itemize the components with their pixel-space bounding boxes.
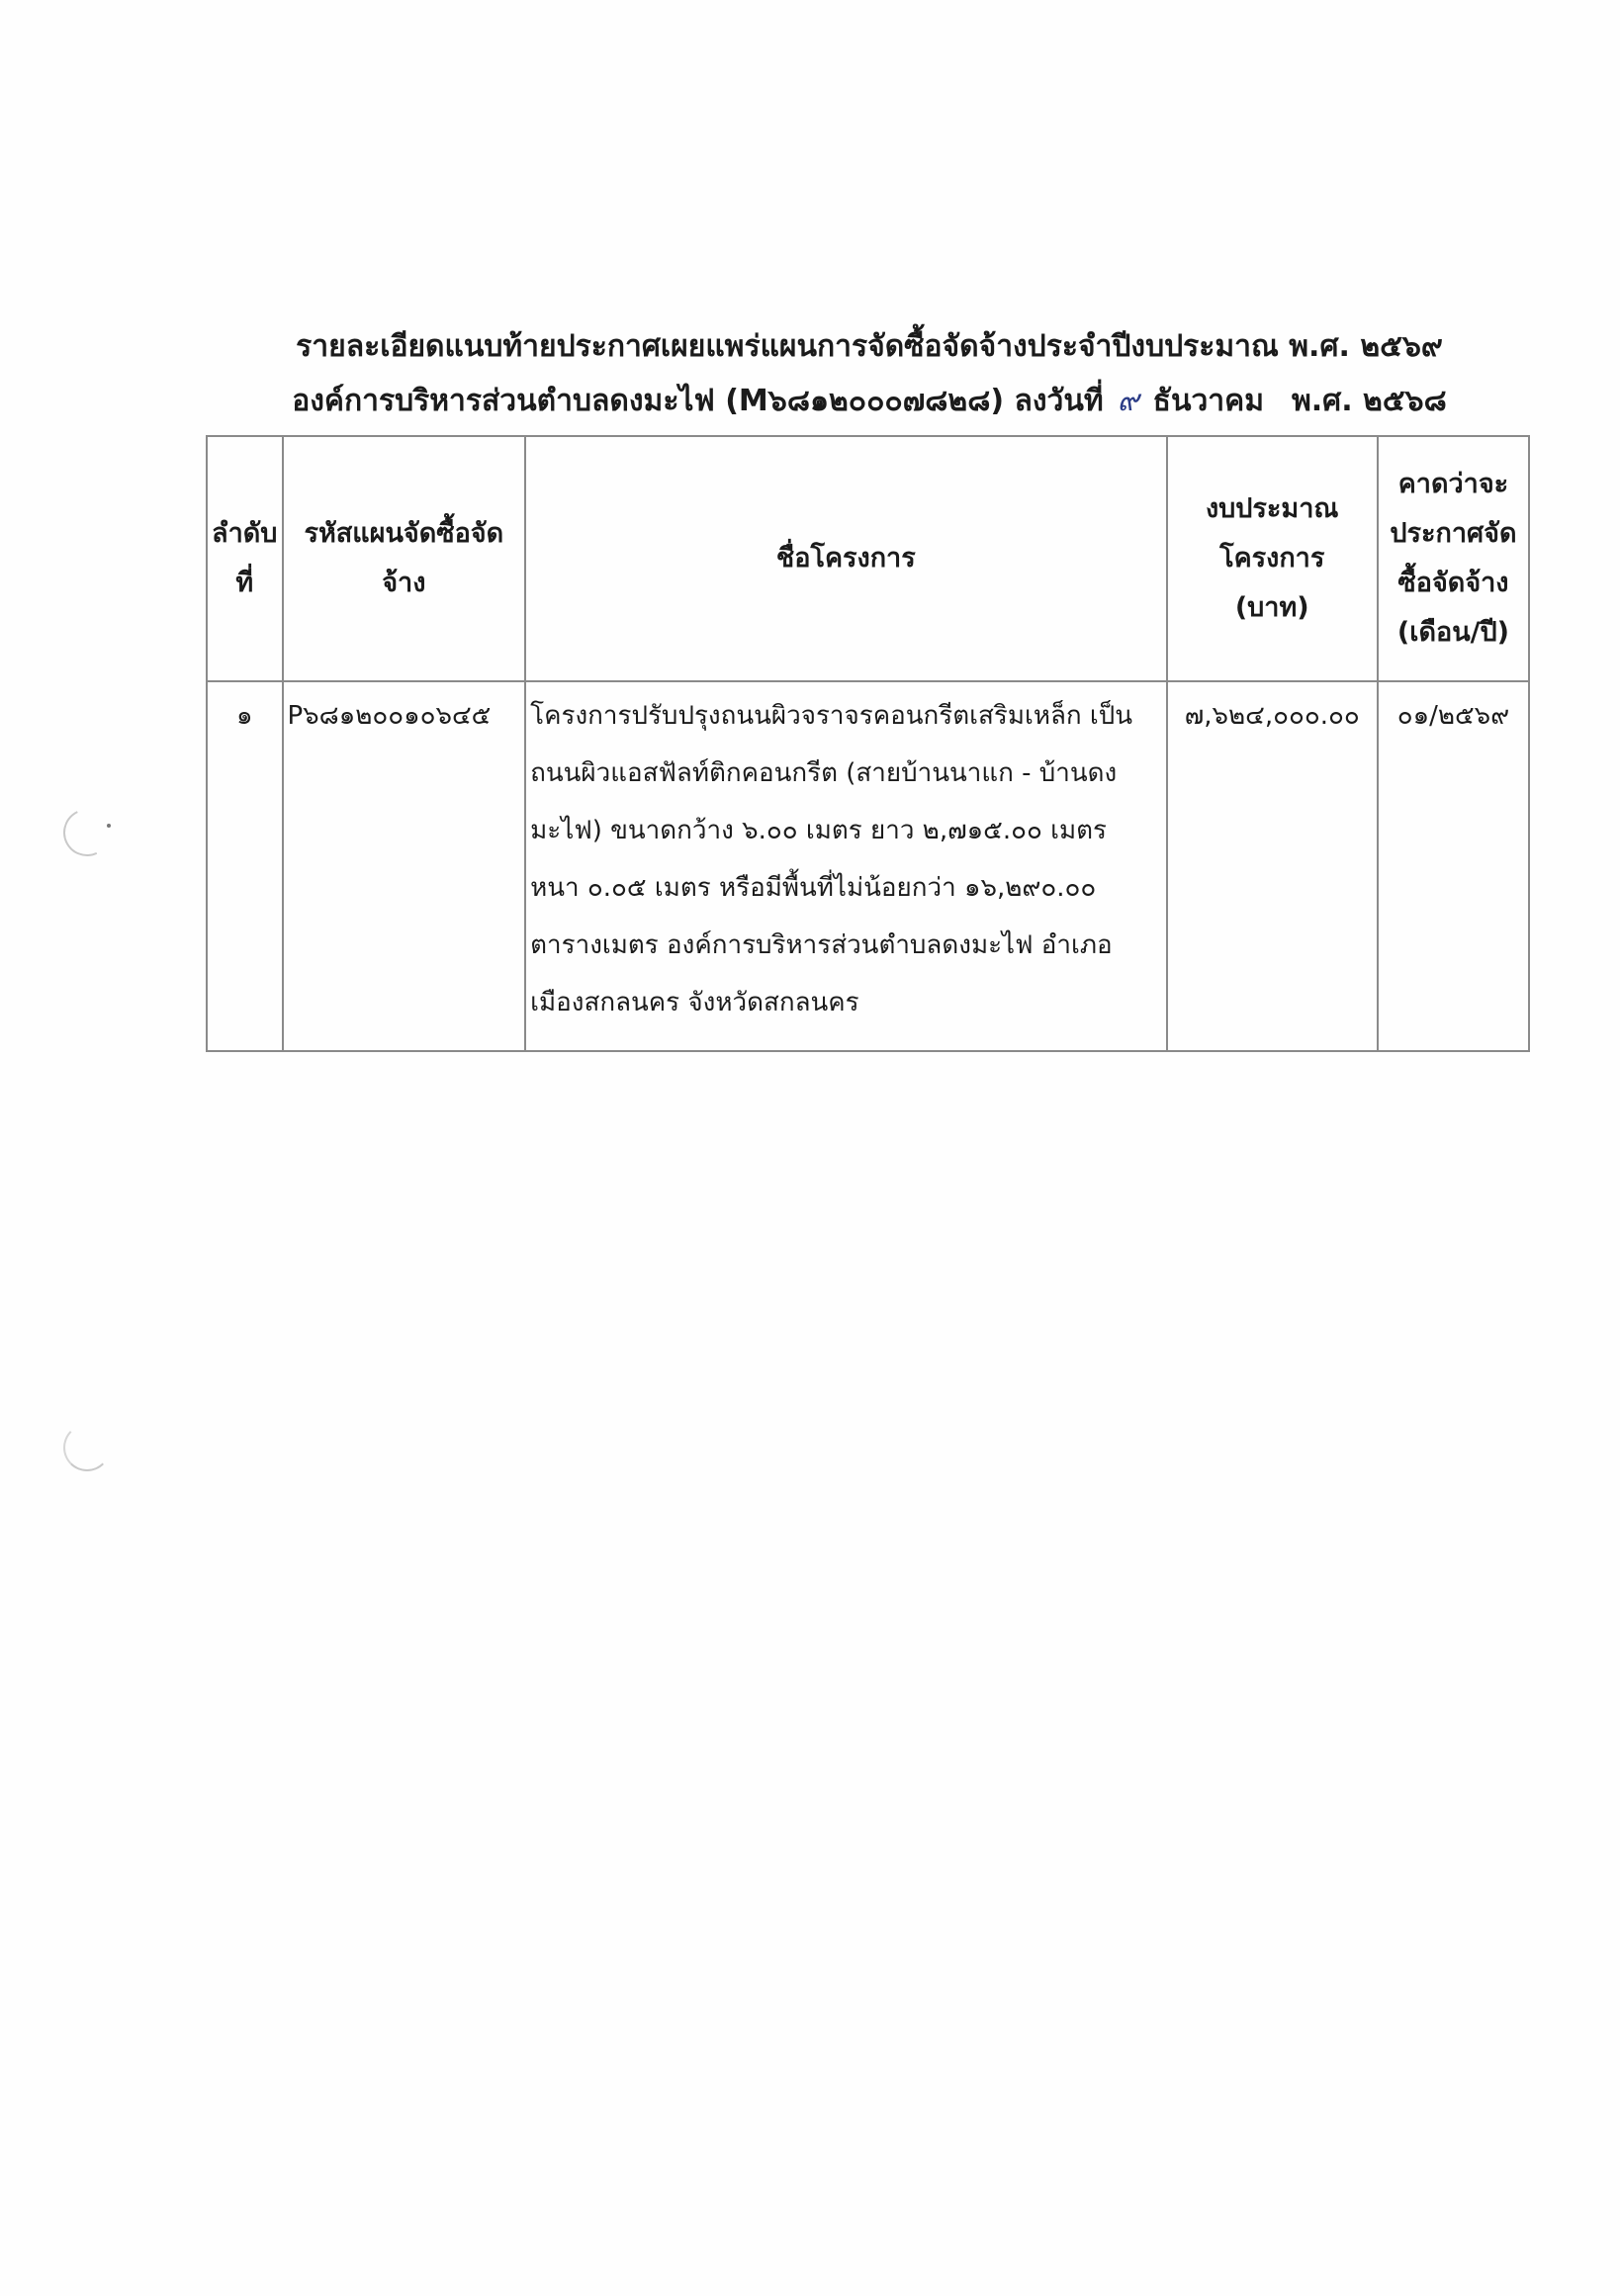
project-name-line: มะไฟ) ขนาดกว้าง ๖.๐๐ เมตร ยาว ๒,๗๑๕.๐๐ เ… (530, 802, 1163, 859)
header-line: ประกาศจัด (1379, 509, 1528, 559)
project-name-line: โครงการปรับปรุงถนนผิวจราจรคอนกรีตเสริมเห… (530, 687, 1163, 745)
handwritten-day: ๙ (1104, 384, 1153, 418)
cell-plan-code: P๖๘๑๒๐๐๑๐๖๔๕ (283, 681, 526, 1051)
plan-code-value: P๖๘๑๒๐๐๑๐๖๔๕ (288, 682, 525, 745)
expected-date-value: ๐๑/๒๕๖๙ (1379, 682, 1528, 745)
header-budget: งบประมาณ โครงการ (บาท) (1167, 436, 1378, 681)
project-name-line: ตารางเมตร องค์การบริหารส่วนตำบลดงมะไฟ อำ… (530, 917, 1163, 974)
seq-value: ๑ (208, 682, 282, 745)
header-line: โครงการ (1168, 534, 1377, 583)
project-name-line: หนา ๐.๐๕ เมตร หรือมีพื้นที่ไม่น้อยกว่า ๑… (530, 859, 1163, 917)
budget-value: ๗,๖๒๔,๐๐๐.๐๐ (1168, 682, 1377, 745)
document-subtitle: องค์การบริหารส่วนตำบลดงมะไฟ (M๖๘๑๒๐๐๐๗๘๒… (59, 378, 1620, 424)
header-seq: ลำดับ ที่ (207, 436, 283, 681)
punch-hole-mark (56, 802, 118, 863)
header-line: (เดือน/ปี) (1379, 608, 1528, 658)
document-title: รายละเอียดแนบท้ายประกาศเผยแพร่แผนการจัดซ… (59, 323, 1620, 370)
cell-expected-date: ๐๑/๒๕๖๙ (1378, 681, 1529, 1051)
project-name-text: โครงการปรับปรุงถนนผิวจราจรคอนกรีตเสริมเห… (530, 682, 1163, 1031)
header-expected-date: คาดว่าจะ ประกาศจัด ซื้อจัดจ้าง (เดือน/ปี… (1378, 436, 1529, 681)
header-line: ลำดับ (208, 509, 282, 559)
punch-hole-mark (63, 1424, 111, 1471)
procurement-plan-table: ลำดับ ที่ รหัสแผนจัดซื้อจัด จ้าง ชื่อโคร… (206, 435, 1530, 1052)
header-line: รหัสแผนจัดซื้อจัด (284, 509, 525, 559)
project-name-line: ถนนผิวแอสฟัลท์ติกคอนกรีต (สายบ้านนาแก - … (530, 745, 1163, 802)
cell-seq: ๑ (207, 681, 283, 1051)
header-line: คาดว่าจะ (1379, 460, 1528, 509)
header-plan-code: รหัสแผนจัดซื้อจัด จ้าง (283, 436, 526, 681)
header-project-name: ชื่อโครงการ (525, 436, 1166, 681)
header-line: ซื้อจัดจ้าง (1379, 559, 1528, 608)
project-name-line: เมืองสกลนคร จังหวัดสกลนคร (530, 974, 1163, 1031)
subtitle-year: พ.ศ. ๒๕๖๘ (1292, 384, 1447, 418)
header-line: ชื่อโครงการ (526, 534, 1165, 583)
subtitle-org-and-ref: องค์การบริหารส่วนตำบลดงมะไฟ (M๖๘๑๒๐๐๐๗๘๒… (292, 384, 1103, 418)
subtitle-month: ธันวาคม (1153, 384, 1264, 418)
scan-speck (107, 824, 111, 828)
cell-project-name: โครงการปรับปรุงถนนผิวจราจรคอนกรีตเสริมเห… (525, 681, 1166, 1051)
header-line: จ้าง (284, 559, 525, 608)
header-line: งบประมาณ (1168, 485, 1377, 534)
cell-budget: ๗,๖๒๔,๐๐๐.๐๐ (1167, 681, 1378, 1051)
header-line: (บาท) (1168, 583, 1377, 633)
header-line: ที่ (208, 559, 282, 608)
table-header-row: ลำดับ ที่ รหัสแผนจัดซื้อจัด จ้าง ชื่อโคร… (207, 436, 1529, 681)
table-row: ๑ P๖๘๑๒๐๐๑๐๖๔๕ โครงการปรับปรุงถนนผิวจราจ… (207, 681, 1529, 1051)
